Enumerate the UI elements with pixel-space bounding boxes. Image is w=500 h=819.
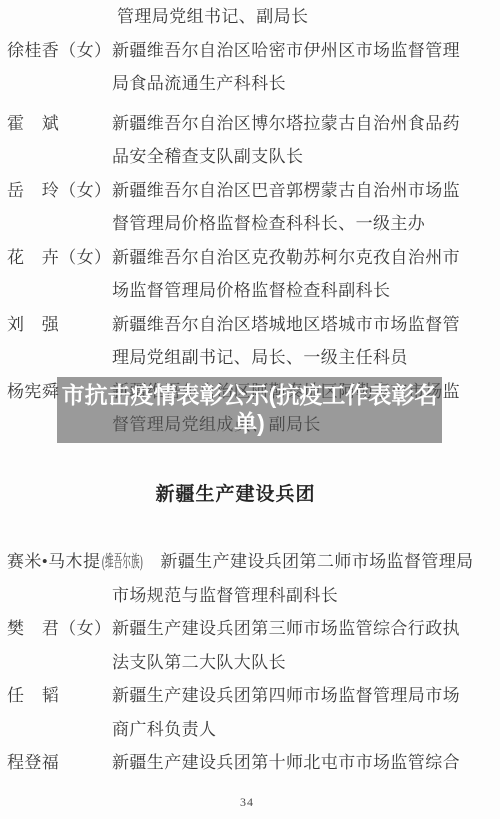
commendation-row: 花 卉（女）新疆维吾尔自治区克孜勒苏柯尔克孜自治州市场监督管理局价格监督检查科副… (7, 241, 464, 308)
commendation-row: 徐桂香（女）新疆维吾尔自治区哈密市伊州区市场监督管理局食品流通生产科科长 (7, 34, 464, 101)
person-name: 岳 玲（女） (7, 174, 112, 208)
commendation-row: 霍 斌新疆维吾尔自治区博尔塔拉蒙古自治州食品药品安全稽查支队副支队长 (7, 107, 464, 174)
person-name: 刘 强 (7, 308, 112, 342)
person-name: 徐桂香（女） (7, 34, 112, 68)
person-ethnicity: (维吾尔族) (102, 545, 129, 579)
document-page: 管理局党组书记、副局长 徐桂香（女）新疆维吾尔自治区哈密市伊州区市场监督管理局食… (0, 0, 500, 819)
overlay-title: 市抗击疫情表彰公示(抗疫工作表彰名单) (57, 381, 442, 437)
commendation-row: 樊 君（女）新疆生产建设兵团第三师市场监管综合行政执法支队第二大队大队长 (7, 612, 464, 679)
commendation-row: 程登福新疆生产建设兵团第十师北屯市市场监管综合 (7, 746, 464, 780)
person-title: 新疆维吾尔自治区哈密市伊州区市场监督管理局食品流通生产科科长 (112, 41, 460, 94)
person-title: 新疆维吾尔自治区博尔塔拉蒙古自治州食品药品安全稽查支队副支队长 (112, 114, 460, 167)
person-title: 新疆生产建设兵团第三师市场监管综合行政执法支队第二大队大队长 (112, 619, 460, 672)
person-title: 新疆维吾尔自治区巴音郭楞蒙古自治州市场监督管理局价格监督检查科科长、一级主办 (112, 181, 460, 234)
person-title: 新疆生产建设兵团第二师市场监督管理局市场规范与监督管理科副科长 (112, 552, 474, 605)
person-title: 新疆维吾尔自治区塔城地区塔城市市场监督管理局党组副书记、局长、一级主任科员 (112, 315, 460, 368)
person-name: 程登福 (7, 746, 112, 780)
commendation-row: 任 韬新疆生产建设兵团第四师市场监督管理局市场商广科负责人 (7, 679, 464, 746)
section-heading: 新疆生产建设兵团 (7, 478, 464, 512)
commendation-row: 刘 强新疆维吾尔自治区塔城地区塔城市市场监督管理局党组副书记、局长、一级主任科员 (7, 308, 464, 375)
person-name: 赛米•马木提 (7, 545, 100, 579)
page-number: 34 (0, 795, 494, 810)
continuation-line: 管理局党组书记、副局长 (7, 0, 464, 34)
person-title: 新疆维吾尔自治区克孜勒苏柯尔克孜自治州市场监督管理局价格监督检查科副科长 (112, 248, 460, 301)
person-title: 新疆生产建设兵团第四师市场监督管理局市场商广科负责人 (112, 686, 460, 739)
overlay-banner: 市抗击疫情表彰公示(抗疫工作表彰名单) (57, 377, 442, 443)
commendation-row: 赛米•马木提(维吾尔族)新疆生产建设兵团第二师市场监督管理局市场规范与监督管理科… (7, 545, 485, 612)
person-title: 新疆生产建设兵团第十师北屯市市场监管综合 (112, 753, 460, 772)
person-name: 霍 斌 (7, 107, 112, 141)
person-name: 任 韬 (7, 679, 112, 713)
commendation-row: 岳 玲（女）新疆维吾尔自治区巴音郭楞蒙古自治州市场监督管理局价格监督检查科科长、… (7, 174, 464, 241)
person-name: 樊 君（女） (7, 612, 112, 646)
person-name: 花 卉（女） (7, 241, 112, 275)
